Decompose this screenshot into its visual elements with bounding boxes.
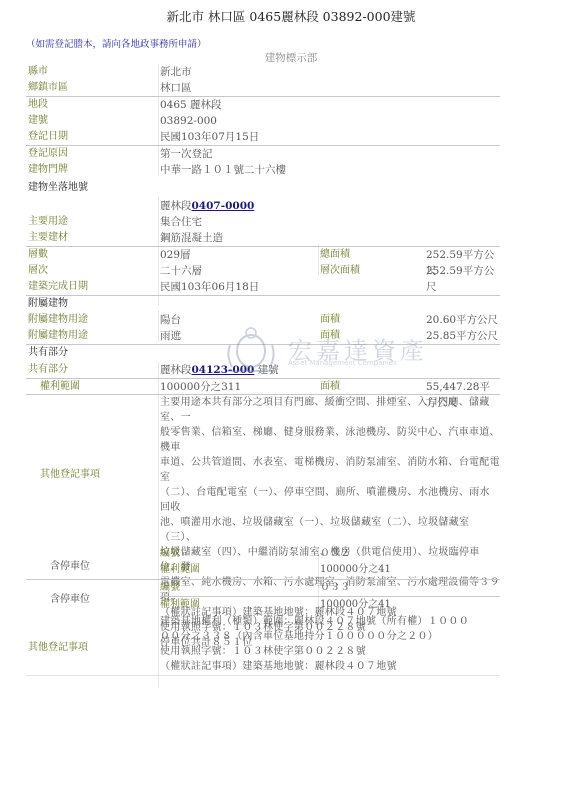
- field-label: 權利範圍: [40, 379, 80, 395]
- column-divider: [158, 362, 159, 688]
- divider: [26, 675, 500, 676]
- shared-heading-row: 共有部分: [26, 344, 500, 361]
- field-value: 麗林段04123-000 建號: [160, 362, 279, 378]
- text-line: 池、噴灌用水池、垃圾儲藏室（一）、垃圾儲藏室（二）、垃圾儲藏室（三）、: [160, 515, 500, 545]
- row-attached-2: 附屬建物用途 雨遮 面積 25.85平方公尺: [26, 328, 500, 344]
- row-reg-date: 登記日期 民國103年07月15日: [26, 129, 500, 145]
- row-parking-1-number: 編號 ０３２: [26, 546, 500, 562]
- text-line: 車道、公共管道間、水表室、電梯機房、消防泵浦室、消防水箱、台電配電室: [160, 455, 500, 485]
- field-value: 100000分之41: [320, 597, 391, 613]
- row-parking-2-number: 編號 ０３３: [26, 580, 500, 596]
- field-label: 附屬建物用途: [28, 328, 88, 344]
- field-value: 鋼筋混凝土造: [160, 230, 223, 246]
- field-value: 林口區: [160, 80, 192, 96]
- row-section: 地段 0465 麗林段: [26, 96, 500, 113]
- other-text: 建築基地權利（種類）範圍：麗林段４０７地號（所有權）１０００ ００分之３３８（內…: [160, 614, 500, 674]
- row-floors: 層數 029層 總面積 252.59平方公尺: [26, 246, 500, 263]
- page-title: 新北市 林口區 0465麗林段 03892-000建號: [0, 7, 582, 25]
- field-label: 附屬建物用途: [28, 312, 88, 328]
- text-line: 使用執照字號：１０３林使字第００２２８號: [160, 644, 500, 659]
- field-label: 登記日期: [28, 129, 68, 145]
- attached-heading-row: 附屬建物: [26, 295, 500, 312]
- attached-heading: 附屬建物: [28, 296, 68, 312]
- field-label: 登記原因: [28, 146, 68, 162]
- location-prefix: 麗林段: [160, 200, 192, 212]
- field-label: 編號: [160, 580, 180, 596]
- field-value: 第一次登記: [160, 146, 213, 162]
- field-label: 主要用途: [28, 214, 68, 230]
- field-label: 面積: [320, 379, 340, 395]
- row-parking-2-rights: 權利範圍 100000分之41: [26, 597, 500, 613]
- text-line: （權狀註記事項）建築基地地號：麗林段４０７地號: [160, 659, 500, 674]
- row-reg-reason: 登記原因 第一次登記: [26, 145, 500, 162]
- row-shared-rights: 權利範圍 100000分之311 面積 55,447.28平方公尺: [26, 378, 500, 395]
- field-value: 100000分之41: [320, 562, 391, 578]
- text-line: 主要用途本共有部分之項目有門廊、緩衝空間、排煙室、入口門廳、儲藏室、一: [160, 395, 500, 425]
- field-label: 建號: [28, 113, 48, 129]
- field-value: 二十六層: [160, 263, 202, 279]
- section-title: 建物標示部: [0, 50, 582, 65]
- location-heading-row: 建物坐落地號: [26, 180, 500, 196]
- text-line: 般零售業、信箱室、梯廳、健身服務業、泳池機房、防災中心、汽車車道、機車: [160, 425, 500, 455]
- field-value: 03892-000: [160, 113, 217, 129]
- field-value: 0465 麗林段: [160, 97, 222, 113]
- field-value: 新北市: [160, 64, 192, 80]
- field-value: 民國103年07月15日: [160, 129, 259, 145]
- field-value: ０３３: [320, 580, 350, 596]
- field-value: ０３２: [320, 546, 350, 562]
- row-building-no: 建號 03892-000: [26, 113, 500, 129]
- field-label: 共有部分: [28, 362, 68, 378]
- shared-suffix: 建號: [254, 364, 278, 376]
- field-value: 民國103年06月18日: [160, 279, 259, 295]
- location-heading: 建物坐落地號: [28, 180, 88, 196]
- row-county: 縣市 新北市: [26, 64, 500, 80]
- field-label: 權利範圍: [160, 562, 200, 578]
- land-number-link[interactable]: 0407-0000: [192, 200, 255, 212]
- row-main-usage: 主要用途 集合住宅: [26, 214, 500, 230]
- row-attached-1: 附屬建物用途 陽台 面積 20.60平方公尺: [26, 312, 500, 328]
- field-label: 層次面積: [320, 263, 360, 279]
- shared-building-link[interactable]: 04123-000: [192, 364, 255, 376]
- row-shared: 共有部分 麗林段04123-000 建號: [26, 362, 500, 378]
- row-parking-1-rights: 權利範圍 100000分之41: [26, 562, 500, 578]
- text-line: ００分之３３８（內含車位基地持分１０００００分之２０）: [160, 629, 500, 644]
- field-value: 集合住宅: [160, 214, 202, 230]
- field-value: 20.60平方公尺: [426, 312, 498, 328]
- row-address: 建物門牌 中華一路１０１號二十六樓: [26, 162, 500, 178]
- shared-prefix: 麗林段: [160, 364, 192, 376]
- field-label: 總面積: [320, 247, 350, 263]
- field-label: 面積: [320, 312, 340, 328]
- shared-heading: 共有部分: [28, 345, 68, 361]
- shared-other-label: 其他登記事項: [40, 465, 100, 480]
- field-label: 權利範圍: [160, 597, 200, 613]
- notice-text: （如需登記謄本，請向各地政事務所申請）: [26, 36, 207, 50]
- row-district: 鄉鎮市區 林口區: [26, 80, 500, 96]
- row-floor-level: 層次 二十六層 層次面積 252.59平方公尺: [26, 263, 500, 279]
- row-location: 麗林段0407-0000: [26, 198, 500, 214]
- field-label: 層數: [28, 247, 48, 263]
- other-label: 其他登記事項: [28, 638, 88, 653]
- field-value: 中華一路１０１號二十六樓: [160, 162, 286, 178]
- field-value: 25.85平方公尺: [426, 328, 498, 344]
- field-value: 雨遮: [160, 328, 181, 344]
- text-line: 建築基地權利（種類）範圍：麗林段４０７地號（所有權）１０００: [160, 614, 500, 629]
- text-line: （二）、台電配電室（一）、停車空間、廁所、噴灌機房、水池機房、雨水回收: [160, 485, 500, 515]
- location-value: 麗林段0407-0000: [160, 198, 254, 214]
- field-label: 層次: [28, 263, 48, 279]
- field-label: 鄉鎮市區: [28, 80, 68, 96]
- row-main-material: 主要建材 鋼筋混凝土造: [26, 230, 500, 246]
- row-completion: 建築完成日期 民國103年06月18日: [26, 279, 500, 295]
- field-label: 建築完成日期: [28, 279, 88, 295]
- field-value: 029層: [160, 247, 191, 263]
- field-label: 建物門牌: [28, 162, 68, 178]
- field-label: 主要建材: [28, 230, 68, 246]
- field-label: 編號: [160, 546, 180, 562]
- field-label: 縣市: [28, 64, 48, 80]
- field-value: 100000分之311: [160, 379, 241, 395]
- field-label: 地段: [28, 97, 48, 113]
- field-value: 陽台: [160, 312, 181, 328]
- field-label: 面積: [320, 328, 340, 344]
